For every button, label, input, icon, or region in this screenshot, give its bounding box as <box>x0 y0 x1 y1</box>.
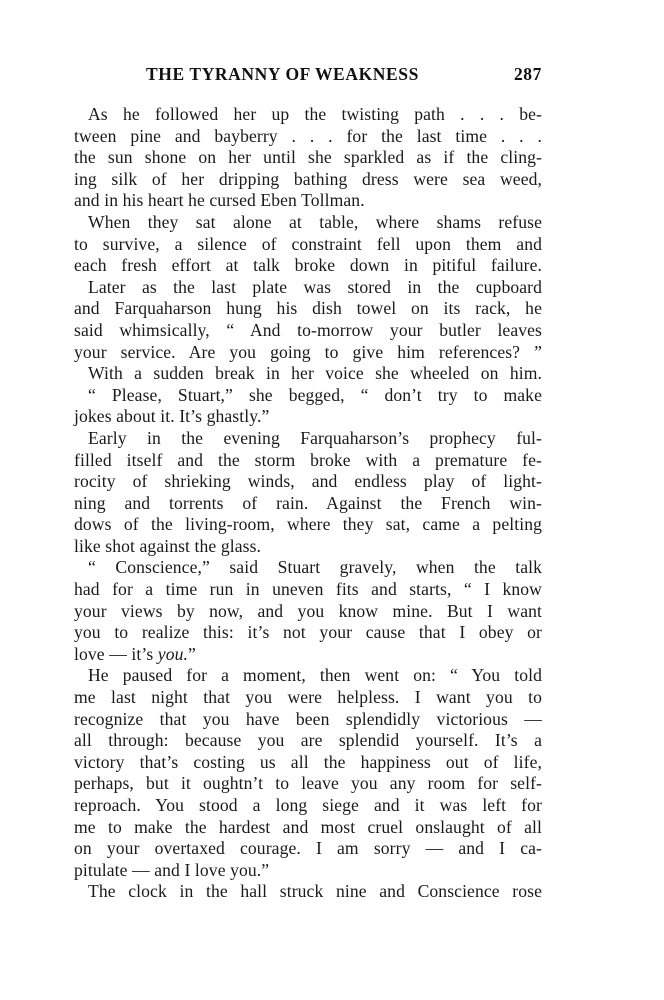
text-line: me to make the hardest and most cruel on… <box>74 817 542 839</box>
text-line-content: “ Please, Stuart,” she begged, “ don’t t… <box>88 385 542 405</box>
text-line: the sun shone on her until she sparkled … <box>74 147 542 169</box>
text-line: The clock in the hall struck nine and Co… <box>74 881 542 903</box>
text-line: your views by now, and you know mine. Bu… <box>74 601 542 623</box>
text-line-content: me last night that you were helpless. I … <box>74 687 542 707</box>
text-line: love — it’s you.” <box>74 644 542 666</box>
page-number: 287 <box>514 64 542 85</box>
text-line-content: had for a time run in uneven fits and st… <box>74 579 542 599</box>
text-line-content: ing silk of her dripping bathing dress w… <box>74 169 542 189</box>
text-line: He paused for a moment, then went on: “ … <box>74 665 542 687</box>
text-line: “ Conscience,” said Stuart gravely, when… <box>74 557 542 579</box>
text-line-content: you to realize this: it’s not your cause… <box>74 622 542 642</box>
body-text: As he followed her up the twisting path … <box>74 104 542 903</box>
text-line: to survive, a silence of constraint fell… <box>74 234 542 256</box>
text-line-content: me to make the hardest and most cruel on… <box>74 817 542 837</box>
text-line-content: Early in the evening Farquaharson’s prop… <box>88 428 542 448</box>
text-line-content: perhaps, but it oughtn’t to leave you an… <box>74 773 542 793</box>
text-line: When they sat alone at table, where sham… <box>74 212 542 234</box>
text-line: each fresh effort at talk broke down in … <box>74 255 542 277</box>
text-line: recognize that you have been splendidly … <box>74 709 542 731</box>
text-line: perhaps, but it oughtn’t to leave you an… <box>74 773 542 795</box>
book-page: THE TYRANNY OF WEAKNESS 287 As he follow… <box>74 62 542 903</box>
text-line: tween pine and bayberry . . . for the la… <box>74 126 542 148</box>
text-line-content: the sun shone on her until she sparkled … <box>74 147 542 167</box>
text-line: With a sudden break in her voice she whe… <box>74 363 542 385</box>
text-line-content: your views by now, and you know mine. Bu… <box>74 601 542 621</box>
text-line-content: dows of the living-room, where they sat,… <box>74 514 542 534</box>
text-line-content: tween pine and bayberry . . . for the la… <box>74 126 542 146</box>
text-line-content: like shot against the glass. <box>74 536 261 556</box>
text-line: Later as the last plate was stored in th… <box>74 277 542 299</box>
text-line-content: said whimsically, “ And to-morrow your b… <box>74 320 542 340</box>
text-line: said whimsically, “ And to-morrow your b… <box>74 320 542 342</box>
text-line: victory that’s costing us all the happin… <box>74 752 542 774</box>
text-line: on your overtaxed courage. I am sorry — … <box>74 838 542 860</box>
text-line-content: and in his heart he cursed Eben Tollman. <box>74 190 365 210</box>
text-line-content: As he followed her up the twisting path … <box>88 104 542 124</box>
text-line: filled itself and the storm broke with a… <box>74 450 542 472</box>
text-line-content: filled itself and the storm broke with a… <box>74 450 542 470</box>
text-line: dows of the living-room, where they sat,… <box>74 514 542 536</box>
text-line-content: on your overtaxed courage. I am sorry — … <box>74 838 542 858</box>
text-line: Early in the evening Farquaharson’s prop… <box>74 428 542 450</box>
text-line: jokes about it. It’s ghastly.” <box>74 406 542 428</box>
text-line-content: jokes about it. It’s ghastly.” <box>74 406 269 426</box>
text-line: pitulate — and I love you.” <box>74 860 542 882</box>
text-line-content: recognize that you have been splendidly … <box>74 709 542 729</box>
text-line-content: When they sat alone at table, where sham… <box>88 212 542 232</box>
running-head-title: THE TYRANNY OF WEAKNESS <box>146 64 419 85</box>
text-line: your service. Are you going to give him … <box>74 342 542 364</box>
text-line: ning and torrents of rain. Against the F… <box>74 493 542 515</box>
text-line-content: victory that’s costing us all the happin… <box>74 752 542 772</box>
text-line-content: With a sudden break in her voice she whe… <box>88 363 542 383</box>
text-line-content: your service. Are you going to give him … <box>74 342 542 362</box>
italic-emphasis: you. <box>158 644 188 664</box>
text-line-content: to survive, a silence of constraint fell… <box>74 234 542 254</box>
text-line: As he followed her up the twisting path … <box>74 104 542 126</box>
running-head: THE TYRANNY OF WEAKNESS 287 <box>74 62 542 92</box>
text-line-content: love — it’s <box>74 644 158 664</box>
text-line: reproach. You stood a long siege and it … <box>74 795 542 817</box>
closing-quote: ” <box>188 644 196 664</box>
text-line: ing silk of her dripping bathing dress w… <box>74 169 542 191</box>
text-line-content: rocity of shrieking winds, and endless p… <box>74 471 542 491</box>
text-line: “ Please, Stuart,” she begged, “ don’t t… <box>74 385 542 407</box>
text-line: all through: because you are splendid yo… <box>74 730 542 752</box>
text-line-content: The clock in the hall struck nine and Co… <box>88 881 542 901</box>
text-line-content: ning and torrents of rain. Against the F… <box>74 493 542 513</box>
text-line-content: Later as the last plate was stored in th… <box>88 277 542 297</box>
text-line: and Farquaharson hung his dish towel on … <box>74 298 542 320</box>
text-line: me last night that you were helpless. I … <box>74 687 542 709</box>
text-line-content: each fresh effort at talk broke down in … <box>74 255 542 275</box>
text-line: like shot against the glass. <box>74 536 542 558</box>
text-line: and in his heart he cursed Eben Tollman. <box>74 190 542 212</box>
text-line-content: He paused for a moment, then went on: “ … <box>88 665 542 685</box>
text-line: rocity of shrieking winds, and endless p… <box>74 471 542 493</box>
text-line-content: “ Conscience,” said Stuart gravely, when… <box>88 557 542 577</box>
text-line-content: all through: because you are splendid yo… <box>74 730 542 750</box>
text-line-content: and Farquaharson hung his dish towel on … <box>74 298 542 318</box>
text-line: had for a time run in uneven fits and st… <box>74 579 542 601</box>
text-line: you to realize this: it’s not your cause… <box>74 622 542 644</box>
text-line-content: reproach. You stood a long siege and it … <box>74 795 542 815</box>
text-line-content: pitulate — and I love you.” <box>74 860 269 880</box>
